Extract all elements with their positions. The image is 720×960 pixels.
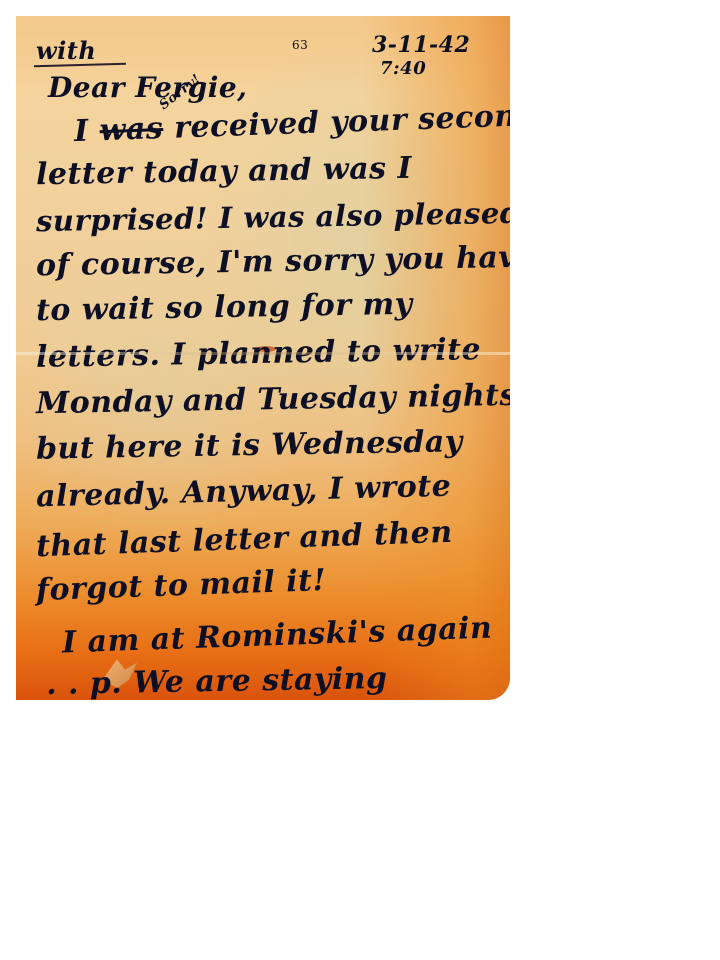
letter-page: with 63 3-11-42 7:40 Dear Fergie, Sorry!… bbox=[16, 16, 510, 700]
letter-line: I was received your second bbox=[74, 98, 510, 149]
letter-line: but here it is Wednesday bbox=[36, 424, 463, 466]
letter-line: already. Anyway, I wrote bbox=[36, 469, 452, 515]
letter-line: letter today and was I bbox=[36, 151, 413, 193]
line-prefix: I bbox=[74, 113, 101, 149]
line-text: received your second bbox=[163, 98, 510, 146]
letter-line: of course, I'm sorry you have bbox=[36, 240, 510, 284]
letter-date: 3-11-42 bbox=[372, 32, 470, 58]
salutation: Dear Fergie, bbox=[48, 71, 247, 104]
letter-line: that last letter and then bbox=[36, 515, 454, 565]
letter-line: to wait so long for my bbox=[36, 287, 413, 329]
page-number: 63 bbox=[292, 38, 308, 52]
letter-time: 7:40 bbox=[380, 58, 426, 79]
letter-line: . . p. We are staying bbox=[46, 661, 388, 700]
continuation-word: with bbox=[36, 36, 96, 65]
struck-word: was bbox=[99, 111, 164, 148]
letter-line: Monday and Tuesday nights bbox=[36, 378, 510, 421]
letter-line: surprised! I was also pleased bbox=[36, 196, 510, 238]
letter-line: letters. I planned to write bbox=[36, 332, 482, 375]
letter-line: forgot to mail it! bbox=[35, 563, 326, 608]
letter-line: I am at Rominski's again bbox=[62, 611, 493, 661]
